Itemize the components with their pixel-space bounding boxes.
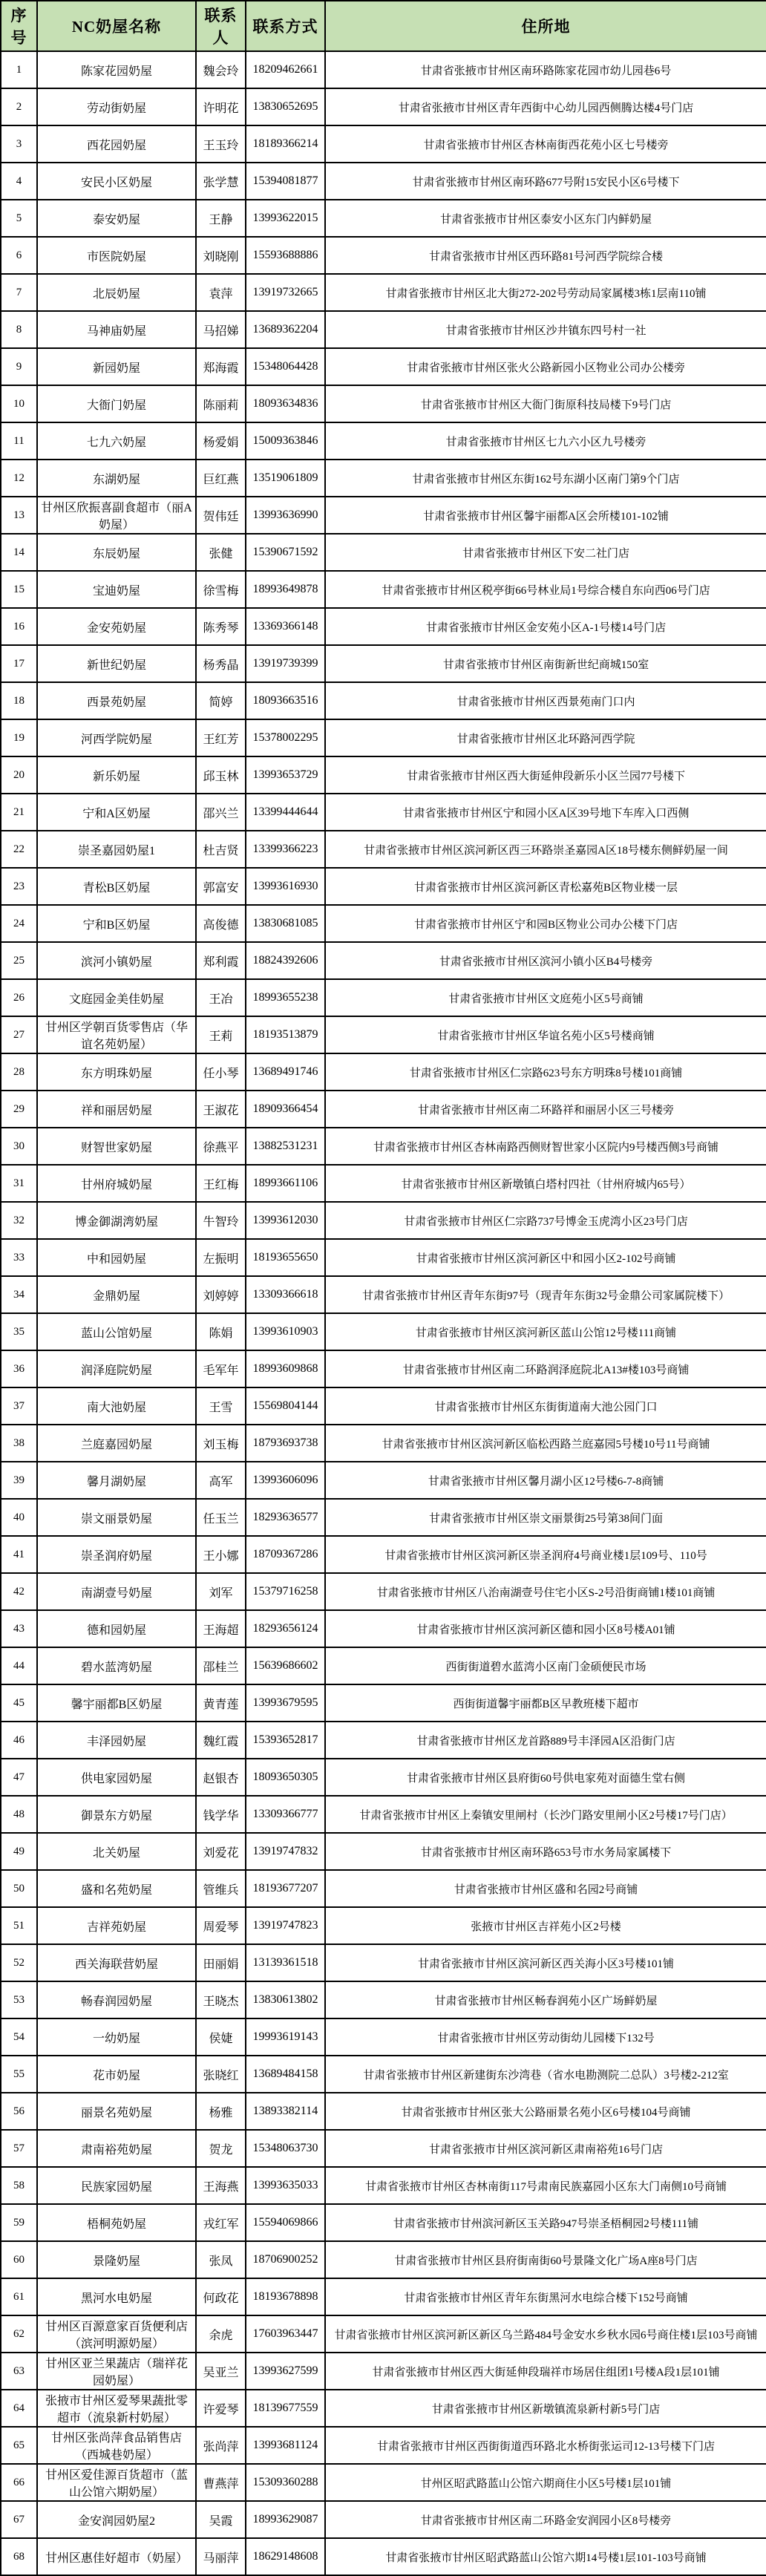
cell-phone: 18193678898 — [246, 2278, 325, 2315]
table-row: 43德和园奶屋王海超18293656124甘肃省张掖市甘州区滨河新区德和园小区8… — [1, 1610, 766, 1647]
cell-serial: 6 — [1, 237, 37, 274]
cell-contact: 许爱琴 — [196, 2390, 246, 2427]
cell-name: 南湖壹号奶屋 — [37, 1573, 196, 1610]
cell-phone: 15009363846 — [246, 422, 325, 460]
cell-phone: 18293636577 — [246, 1499, 325, 1536]
cell-address: 甘肃省张掖市甘州区仁宗路623号东方明珠8号楼101商铺 — [325, 1053, 766, 1091]
cell-phone: 15593688886 — [246, 237, 325, 274]
cell-name: 马神庙奶屋 — [37, 311, 196, 348]
cell-address: 甘肃省张掖市甘州区西环路81号河西学院综合楼 — [325, 237, 766, 274]
table-row: 9新园奶屋郑海霞15348064428甘肃省张掖市甘州区张火公路新园小区物业公司… — [1, 348, 766, 385]
cell-address: 甘肃省张掖市甘州区大衙门街原科技局楼下9号门店 — [325, 385, 766, 422]
table-row: 54一幼奶屋侯婕19993619143甘肃省张掖市甘州区劳动街幼儿园楼下132号 — [1, 2018, 766, 2056]
cell-address: 甘肃省张掖市甘州区青年西街中心幼儿园西侧腾达楼4号门店 — [325, 88, 766, 125]
table-body: 1陈家花园奶屋魏会玲18209462661甘肃省张掖市甘州区南环路陈家花园市幼儿… — [1, 51, 766, 2575]
cell-address: 甘肃省张掖市甘州区张大公路丽景名苑小区6号楼104号商铺 — [325, 2093, 766, 2130]
cell-phone: 13993653729 — [246, 756, 325, 794]
table-row: 14东辰奶屋张健15390671592甘肃省张掖市甘州区下安二社门店 — [1, 534, 766, 571]
cell-name: 东方明珠奶屋 — [37, 1053, 196, 1091]
cell-name: 泰安奶屋 — [37, 200, 196, 237]
cell-address: 甘肃省张掖市甘州区华谊名苑小区5号楼商铺 — [325, 1016, 766, 1053]
cell-serial: 7 — [1, 274, 37, 311]
header-address: 住所地 — [325, 1, 766, 51]
cell-contact: 刘玉梅 — [196, 1425, 246, 1462]
cell-serial: 22 — [1, 831, 37, 868]
cell-address: 甘肃省张掖市甘州区宁和园B区物业公司办公楼下门店 — [325, 905, 766, 942]
cell-address: 甘肃省张掖市甘州区杏林南街西花苑小区七号楼旁 — [325, 125, 766, 163]
cell-address: 甘肃省张掖市甘州区南二环路祥和丽居小区三号楼旁 — [325, 1091, 766, 1128]
cell-name: 肃南裕苑奶屋 — [37, 2130, 196, 2167]
cell-serial: 36 — [1, 1350, 37, 1387]
cell-phone: 13993679595 — [246, 1684, 325, 1722]
cell-serial: 21 — [1, 794, 37, 831]
cell-contact: 赵银杏 — [196, 1759, 246, 1796]
cell-address: 甘肃省张掖市甘州区畅春润苑小区广场鲜奶屋 — [325, 1981, 766, 2018]
table-row: 11七九六奶屋杨爱娟15009363846甘肃省张掖市甘州区七九六小区九号楼旁 — [1, 422, 766, 460]
cell-address: 甘肃省张掖市甘州区沙井镇东四号村一社 — [325, 311, 766, 348]
cell-serial: 62 — [1, 2315, 37, 2353]
header-name: NC奶屋名称 — [37, 1, 196, 51]
cell-address: 甘肃省张掖市甘州区滨河新区西三环路崇圣嘉园A区18号楼东侧鲜奶屋一间 — [325, 831, 766, 868]
cell-name: 甘州区亚兰果蔬店（瑞祥花园奶屋） — [37, 2353, 196, 2390]
cell-phone: 13139361518 — [246, 1944, 325, 1981]
cell-phone: 13919739399 — [246, 645, 325, 682]
cell-serial: 23 — [1, 868, 37, 905]
cell-name: 花市奶屋 — [37, 2056, 196, 2093]
cell-contact: 钱学华 — [196, 1796, 246, 1833]
cell-name: 宁和B区奶屋 — [37, 905, 196, 942]
cell-name: 中和园奶屋 — [37, 1239, 196, 1276]
cell-contact: 王红芳 — [196, 719, 246, 756]
table-row: 59梧桐苑奶屋戎红军15594069866甘肃省张掖市甘州滨河新区玉关路947号… — [1, 2204, 766, 2241]
cell-contact: 毛军年 — [196, 1350, 246, 1387]
cell-contact: 侯婕 — [196, 2018, 246, 2056]
cell-serial: 54 — [1, 2018, 37, 2056]
cell-address: 甘肃省张掖市甘州区新墩镇白塔村四社（甘州府城内65号） — [325, 1165, 766, 1202]
cell-serial: 66 — [1, 2464, 37, 2501]
cell-contact: 张晓红 — [196, 2056, 246, 2093]
table-row: 65甘州区张尚萍食品销售店（西城巷奶屋）张尚萍13993681124甘肃省张掖市… — [1, 2427, 766, 2464]
cell-name: 吉祥苑奶屋 — [37, 1907, 196, 1944]
table-row: 53畅春润园奶屋王晓杰13830613802甘肃省张掖市甘州区畅春润苑小区广场鲜… — [1, 1981, 766, 2018]
cell-serial: 53 — [1, 1981, 37, 2018]
cell-serial: 12 — [1, 460, 37, 497]
table-row: 67金安润园奶屋2吴霞18993629087甘肃省张掖市甘州区南二环路金安润园小… — [1, 2501, 766, 2538]
cell-contact: 吴亚兰 — [196, 2353, 246, 2390]
cell-address: 甘肃省张掖市甘州区县府街南街60号景隆文化广场A座8号门店 — [325, 2241, 766, 2278]
cell-address: 甘肃省张掖市甘州区青年东街黑河水电综合楼下152号商铺 — [325, 2278, 766, 2315]
cell-address: 甘肃省张掖市甘州区滨河新区崇圣润府4号商业楼1层109号、110号 — [325, 1536, 766, 1573]
table-row: 20新乐奶屋邱玉林13993653729甘肃省张掖市甘州区西大街延伸段新乐小区兰… — [1, 756, 766, 794]
cell-serial: 44 — [1, 1647, 37, 1684]
table-row: 52西关海联营奶屋田丽娟13139361518甘肃省张掖市甘州区滨河新区西关海小… — [1, 1944, 766, 1981]
table-row: 1陈家花园奶屋魏会玲18209462661甘肃省张掖市甘州区南环路陈家花园市幼儿… — [1, 51, 766, 88]
cell-phone: 15639686602 — [246, 1647, 325, 1684]
cell-serial: 19 — [1, 719, 37, 756]
cell-serial: 1 — [1, 51, 37, 88]
cell-contact: 曹燕萍 — [196, 2464, 246, 2501]
cell-address: 甘肃省张掖市甘州区仁宗路737号博金玉虎湾小区23号门店 — [325, 1202, 766, 1239]
cell-contact: 贺伟廷 — [196, 497, 246, 534]
cell-name: 金安润园奶屋2 — [37, 2501, 196, 2538]
cell-serial: 63 — [1, 2353, 37, 2390]
cell-phone: 13919747832 — [246, 1833, 325, 1870]
cell-address: 甘肃省张掖市甘州区八治南湖壹号住宅小区S-2号沿街商铺1楼101商铺 — [325, 1573, 766, 1610]
cell-contact: 郑海霞 — [196, 348, 246, 385]
cell-phone: 18193655650 — [246, 1239, 325, 1276]
table-row: 27甘州区学朝百货零售店（华谊名苑奶屋）王莉18193513879甘肃省张掖市甘… — [1, 1016, 766, 1053]
cell-serial: 38 — [1, 1425, 37, 1462]
cell-name: 崇圣润府奶屋 — [37, 1536, 196, 1573]
cell-address: 甘肃省张掖市甘州区青年东街97号（现青年东街32号金鼎公司家属院楼下） — [325, 1276, 766, 1313]
cell-name: 甘州区爱佳源百货超市（蓝山公馆六期奶屋） — [37, 2464, 196, 2501]
table-row: 48御景东方奶屋钱学华13309366777甘肃省张掖市甘州区上秦镇安里闸村（长… — [1, 1796, 766, 1833]
cell-serial: 28 — [1, 1053, 37, 1091]
cell-address: 甘肃省张掖市甘州区杏林南街117号肃南民族嘉园小区东大门南侧10号商铺 — [325, 2167, 766, 2204]
table-row: 24宁和B区奶屋高俊德13830681085甘肃省张掖市甘州区宁和园B区物业公司… — [1, 905, 766, 942]
table-row: 46丰泽园奶屋魏红霞15393652817甘肃省张掖市甘州区龙首路889号丰泽园… — [1, 1722, 766, 1759]
cell-phone: 15594069866 — [246, 2204, 325, 2241]
cell-contact: 马丽萍 — [196, 2538, 246, 2575]
cell-name: 甘州区学朝百货零售店（华谊名苑奶屋） — [37, 1016, 196, 1053]
cell-contact: 郑利霞 — [196, 942, 246, 979]
table-row: 12东湖奶屋巨红燕13519061809甘肃省张掖市甘州区东街162号东湖小区南… — [1, 460, 766, 497]
table-row: 37南大池奶屋王雪15569804144甘肃省张掖市甘州区东街街道南大池公园门口 — [1, 1387, 766, 1425]
cell-contact: 王玉玲 — [196, 125, 246, 163]
cell-contact: 刘婷婷 — [196, 1276, 246, 1313]
cell-address: 甘肃省张掖市甘州区新墩镇流泉新村新5号门店 — [325, 2390, 766, 2427]
cell-serial: 55 — [1, 2056, 37, 2093]
table-row: 58民族家园奶屋王海燕13993635033甘肃省张掖市甘州区杏林南街117号肃… — [1, 2167, 766, 2204]
table-row: 36润泽庭院奶屋毛军年18993609868甘肃省张掖市甘州区南二环路润泽庭院北… — [1, 1350, 766, 1387]
table-row: 32博金御湖湾奶屋牛智玲13993612030甘肃省张掖市甘州区仁宗路737号博… — [1, 1202, 766, 1239]
cell-phone: 18293656124 — [246, 1610, 325, 1647]
cell-name: 丰泽园奶屋 — [37, 1722, 196, 1759]
cell-name: 宁和A区奶屋 — [37, 794, 196, 831]
cell-address: 甘肃省张掖市甘州区崇文丽景街25号第38间门面 — [325, 1499, 766, 1536]
cell-name: 德和园奶屋 — [37, 1610, 196, 1647]
cell-contact: 牛智玲 — [196, 1202, 246, 1239]
cell-serial: 24 — [1, 905, 37, 942]
cell-phone: 13919732665 — [246, 274, 325, 311]
cell-phone: 15348064428 — [246, 348, 325, 385]
cell-serial: 5 — [1, 200, 37, 237]
cell-contact: 王晓杰 — [196, 1981, 246, 2018]
cell-address: 甘肃省张掖市甘州区张火公路新园小区物业公司办公楼旁 — [325, 348, 766, 385]
cell-serial: 18 — [1, 682, 37, 719]
cell-address: 甘肃省张掖市甘州区西景苑南门口内 — [325, 682, 766, 719]
table-header: 序号 NC奶屋名称 联系人 联系方式 住所地 — [1, 1, 766, 51]
cell-address: 甘肃省张掖市甘州区南环路677号附15安民小区6号楼下 — [325, 163, 766, 200]
cell-serial: 48 — [1, 1796, 37, 1833]
cell-address: 甘肃省张掖市甘州区南二环路金安润园小区8号楼旁 — [325, 2501, 766, 2538]
table-row: 31甘州府城奶屋王红梅18993661106甘肃省张掖市甘州区新墩镇白塔村四社（… — [1, 1165, 766, 1202]
cell-phone: 13309366777 — [246, 1796, 325, 1833]
cell-name: 甘州府城奶屋 — [37, 1165, 196, 1202]
cell-contact: 田丽娟 — [196, 1944, 246, 1981]
cell-contact: 余虎 — [196, 2315, 246, 2353]
cell-contact: 黄青莲 — [196, 1684, 246, 1722]
cell-phone: 15379716258 — [246, 1573, 325, 1610]
cell-address: 甘肃省张掖市甘州区滨河新区新区乌兰路484号金安水乡秋水园6号商住楼1层103号… — [325, 2315, 766, 2353]
cell-name: 润泽庭院奶屋 — [37, 1350, 196, 1387]
cell-contact: 吴霞 — [196, 2501, 246, 2538]
table-row: 47供电家园奶屋赵银杏18093650305甘肃省张掖市甘州区县府街60号供电家… — [1, 1759, 766, 1796]
cell-address: 甘州区昭武路蓝山公馆六期商住小区5号楼1层101铺 — [325, 2464, 766, 2501]
cell-phone: 15390671592 — [246, 534, 325, 571]
cell-phone: 13993622015 — [246, 200, 325, 237]
cell-name: 新世纪奶屋 — [37, 645, 196, 682]
cell-serial: 40 — [1, 1499, 37, 1536]
cell-address: 甘肃省张掖市甘州区滨河新区肃南裕苑16号门店 — [325, 2130, 766, 2167]
cell-serial: 68 — [1, 2538, 37, 2575]
cell-address: 西街街道馨宇丽都B区早教班楼下超市 — [325, 1684, 766, 1722]
cell-name: 财智世家奶屋 — [37, 1128, 196, 1165]
table-row: 6市医院奶屋刘晓刚15593688886甘肃省张掖市甘州区西环路81号河西学院综… — [1, 237, 766, 274]
cell-name: 劳动街奶屋 — [37, 88, 196, 125]
cell-name: 市医院奶屋 — [37, 237, 196, 274]
table-row: 34金鼎奶屋刘婷婷13309366618甘肃省张掖市甘州区青年东街97号（现青年… — [1, 1276, 766, 1313]
cell-address: 甘肃省张掖市甘州区文庭苑小区5号商铺 — [325, 979, 766, 1016]
cell-phone: 13993636990 — [246, 497, 325, 534]
cell-contact: 贺龙 — [196, 2130, 246, 2167]
cell-contact: 陈娟 — [196, 1313, 246, 1350]
cell-serial: 51 — [1, 1907, 37, 1944]
table-row: 45馨宇丽都B区奶屋黄青莲13993679595西街街道馨宇丽都B区早教班楼下超… — [1, 1684, 766, 1722]
cell-name: 南大池奶屋 — [37, 1387, 196, 1425]
table-row: 7北辰奶屋袁萍13919732665甘肃省张掖市甘州区北大街272-202号劳动… — [1, 274, 766, 311]
cell-name: 北关奶屋 — [37, 1833, 196, 1870]
cell-address: 甘肃省张掖市甘州区滨河小镇小区B4号楼旁 — [325, 942, 766, 979]
cell-serial: 26 — [1, 979, 37, 1016]
cell-name: 御景东方奶屋 — [37, 1796, 196, 1833]
cell-serial: 43 — [1, 1610, 37, 1647]
cell-address: 甘肃省张掖市甘州区龙首路889号丰泽园A区沿街门店 — [325, 1722, 766, 1759]
cell-serial: 30 — [1, 1128, 37, 1165]
cell-name: 崇圣嘉园奶屋1 — [37, 831, 196, 868]
cell-contact: 王静 — [196, 200, 246, 237]
cell-address: 甘肃省张掖市甘州区西大街延伸段瑞祥市场居住组团1号楼A段1层101铺 — [325, 2353, 766, 2390]
cell-contact: 杜吉贤 — [196, 831, 246, 868]
cell-name: 大衙门奶屋 — [37, 385, 196, 422]
cell-serial: 14 — [1, 534, 37, 571]
cell-phone: 15569804144 — [246, 1387, 325, 1425]
cell-name: 东湖奶屋 — [37, 460, 196, 497]
cell-name: 畅春润园奶屋 — [37, 1981, 196, 2018]
cell-address: 甘肃省张掖市甘州区东街162号东湖小区南门第9个门店 — [325, 460, 766, 497]
cell-name: 宝迪奶屋 — [37, 571, 196, 608]
cell-contact: 刘军 — [196, 1573, 246, 1610]
table-row: 66甘州区爱佳源百货超市（蓝山公馆六期奶屋）曹燕萍15309360288甘州区昭… — [1, 2464, 766, 2501]
cell-contact: 王雪 — [196, 1387, 246, 1425]
table-row: 50盛和名苑奶屋管维兵18193677207甘肃省张掖市甘州区盛和名园2号商铺 — [1, 1870, 766, 1907]
cell-serial: 2 — [1, 88, 37, 125]
cell-address: 甘肃省张掖市甘州区下安二社门店 — [325, 534, 766, 571]
cell-phone: 18093650305 — [246, 1759, 325, 1796]
table-row: 29祥和丽居奶屋王淑花18909366454甘肃省张掖市甘州区南二环路祥和丽居小… — [1, 1091, 766, 1128]
cell-contact: 张健 — [196, 534, 246, 571]
table-row: 64张掖市甘州区爱琴果蔬批零超市（流泉新村奶屋）许爱琴18139677559甘肃… — [1, 2390, 766, 2427]
cell-serial: 49 — [1, 1833, 37, 1870]
cell-phone: 19993619143 — [246, 2018, 325, 2056]
cell-serial: 13 — [1, 497, 37, 534]
cell-serial: 11 — [1, 422, 37, 460]
cell-serial: 60 — [1, 2241, 37, 2278]
cell-contact: 许明花 — [196, 88, 246, 125]
cell-address: 甘肃省张掖市甘州区滨河新区德和园小区8号楼A01铺 — [325, 1610, 766, 1647]
cell-name: 黑河水电奶屋 — [37, 2278, 196, 2315]
cell-address: 甘肃省张掖市甘州区西大街延伸段新乐小区兰园77号楼下 — [325, 756, 766, 794]
cell-phone: 13519061809 — [246, 460, 325, 497]
cell-name: 甘州区惠佳好超市（奶屋） — [37, 2538, 196, 2575]
cell-serial: 34 — [1, 1276, 37, 1313]
table-row: 30财智世家奶屋徐燕平13882531231甘肃省张掖市甘州区杏林南路西侧财智世… — [1, 1128, 766, 1165]
table-row: 38兰庭嘉园奶屋刘玉梅18793693738甘肃省张掖市甘州区滨河新区临松西路兰… — [1, 1425, 766, 1462]
cell-name: 金鼎奶屋 — [37, 1276, 196, 1313]
cell-phone: 13993681124 — [246, 2427, 325, 2464]
cell-contact: 高军 — [196, 1462, 246, 1499]
cell-phone: 18993661106 — [246, 1165, 325, 1202]
cell-address: 甘肃省张掖市甘州区滨河新区西关海小区3号楼101铺 — [325, 1944, 766, 1981]
cell-serial: 37 — [1, 1387, 37, 1425]
cell-name: 景隆奶屋 — [37, 2241, 196, 2278]
cell-name: 丽景名苑奶屋 — [37, 2093, 196, 2130]
cell-phone: 18139677559 — [246, 2390, 325, 2427]
cell-address: 张掖市甘州区吉祥苑小区2号楼 — [325, 1907, 766, 1944]
cell-phone: 13993610903 — [246, 1313, 325, 1350]
cell-name: 张掖市甘州区爱琴果蔬批零超市（流泉新村奶屋） — [37, 2390, 196, 2427]
cell-serial: 52 — [1, 1944, 37, 1981]
table-row: 17新世纪奶屋杨秀晶13919739399甘肃省张掖市甘州区南街新世纪商城150… — [1, 645, 766, 682]
cell-name: 民族家园奶屋 — [37, 2167, 196, 2204]
cell-name: 祥和丽居奶屋 — [37, 1091, 196, 1128]
cell-name: 供电家园奶屋 — [37, 1759, 196, 1796]
cell-address: 甘肃省张掖市甘州区劳动街幼儿园楼下132号 — [325, 2018, 766, 2056]
table-row: 26文庭园金美佳奶屋王冶18993655238甘肃省张掖市甘州区文庭苑小区5号商… — [1, 979, 766, 1016]
cell-address: 甘肃省张掖市甘州区南环路653号市水务局家属楼下 — [325, 1833, 766, 1870]
cell-phone: 13399366223 — [246, 831, 325, 868]
table-row: 18西景苑奶屋简婷18093663516甘肃省张掖市甘州区西景苑南门口内 — [1, 682, 766, 719]
cell-phone: 13993616930 — [246, 868, 325, 905]
table-row: 57肃南裕苑奶屋贺龙15348063730甘肃省张掖市甘州区滨河新区肃南裕苑16… — [1, 2130, 766, 2167]
cell-contact: 邵兴兰 — [196, 794, 246, 831]
table-row: 35蓝山公馆奶屋陈娟13993610903甘肃省张掖市甘州区滨河新区蓝山公馆12… — [1, 1313, 766, 1350]
cell-address: 甘肃省张掖市甘州区南街新世纪商城150室 — [325, 645, 766, 682]
cell-contact: 魏会玲 — [196, 51, 246, 88]
cell-serial: 65 — [1, 2427, 37, 2464]
cell-phone: 13689484158 — [246, 2056, 325, 2093]
cell-name: 盛和名苑奶屋 — [37, 1870, 196, 1907]
cell-serial: 17 — [1, 645, 37, 682]
cell-serial: 27 — [1, 1016, 37, 1053]
cell-phone: 18993649878 — [246, 571, 325, 608]
table-row: 4安民小区奶屋张学慧15394081877甘肃省张掖市甘州区南环路677号附15… — [1, 163, 766, 200]
table-row: 28东方明珠奶屋任小琴13689491746甘肃省张掖市甘州区仁宗路623号东方… — [1, 1053, 766, 1091]
cell-address: 甘肃省张掖市甘州滨河新区玉关路947号崇圣梧桐园2号楼111铺 — [325, 2204, 766, 2241]
cell-serial: 35 — [1, 1313, 37, 1350]
cell-address: 甘肃省张掖市甘州区泰安小区东门内鲜奶屋 — [325, 200, 766, 237]
header-serial: 序号 — [1, 1, 37, 51]
cell-phone: 13882531231 — [246, 1128, 325, 1165]
cell-name: 陈家花园奶屋 — [37, 51, 196, 88]
cell-name: 青松B区奶屋 — [37, 868, 196, 905]
cell-phone: 15348063730 — [246, 2130, 325, 2167]
cell-phone: 13830613802 — [246, 1981, 325, 2018]
cell-address: 甘肃省张掖市甘州区七九六小区九号楼旁 — [325, 422, 766, 460]
cell-phone: 18093634836 — [246, 385, 325, 422]
cell-serial: 16 — [1, 608, 37, 645]
cell-phone: 18706900252 — [246, 2241, 325, 2278]
cell-phone: 13993606096 — [246, 1462, 325, 1499]
cell-name: 蓝山公馆奶屋 — [37, 1313, 196, 1350]
cell-phone: 13993612030 — [246, 1202, 325, 1239]
table-row: 13甘州区欣振喜副食超市（丽A奶屋）贺伟廷13993636990甘肃省张掖市甘州… — [1, 497, 766, 534]
cell-address: 西街街道碧水蓝湾小区南门金硕便民市场 — [325, 1647, 766, 1684]
cell-name: 新园奶屋 — [37, 348, 196, 385]
cell-phone: 18093663516 — [246, 682, 325, 719]
table-row: 10大衙门奶屋陈丽莉18093634836甘肃省张掖市甘州区大衙门街原科技局楼下… — [1, 385, 766, 422]
header-row: 序号 NC奶屋名称 联系人 联系方式 住所地 — [1, 1, 766, 51]
cell-contact: 王淑花 — [196, 1091, 246, 1128]
cell-name: 西景苑奶屋 — [37, 682, 196, 719]
cell-contact: 张尚萍 — [196, 2427, 246, 2464]
cell-name: 西花园奶屋 — [37, 125, 196, 163]
table-row: 25滨河小镇奶屋郑利霞18824392606甘肃省张掖市甘州区滨河小镇小区B4号… — [1, 942, 766, 979]
table-row: 15宝迪奶屋徐雪梅18993649878甘肃省张掖市甘州区税亭街66号林业局1号… — [1, 571, 766, 608]
table-row: 23青松B区奶屋郭富安13993616930甘肃省张掖市甘州区滨河新区青松嘉苑B… — [1, 868, 766, 905]
cell-phone: 13689491746 — [246, 1053, 325, 1091]
cell-phone: 18993655238 — [246, 979, 325, 1016]
cell-contact: 杨秀晶 — [196, 645, 246, 682]
cell-contact: 马招娣 — [196, 311, 246, 348]
cell-contact: 周爱琴 — [196, 1907, 246, 1944]
cell-serial: 59 — [1, 2204, 37, 2241]
cell-serial: 41 — [1, 1536, 37, 1573]
cell-serial: 47 — [1, 1759, 37, 1796]
table-row: 39馨月湖奶屋高军13993606096甘肃省张掖市甘州区馨月湖小区12号楼6-… — [1, 1462, 766, 1499]
cell-contact: 巨红燕 — [196, 460, 246, 497]
cell-contact: 徐雪梅 — [196, 571, 246, 608]
cell-phone: 15309360288 — [246, 2464, 325, 2501]
cell-contact: 管维兵 — [196, 1870, 246, 1907]
cell-serial: 61 — [1, 2278, 37, 2315]
cell-phone: 18709367286 — [246, 1536, 325, 1573]
cell-serial: 32 — [1, 1202, 37, 1239]
cell-name: 馨月湖奶屋 — [37, 1462, 196, 1499]
cell-phone: 13893382114 — [246, 2093, 325, 2130]
cell-address: 甘肃省张掖市甘州区上秦镇安里闸村（长沙门路安里闸小区2号楼17号门店） — [325, 1796, 766, 1833]
cell-serial: 45 — [1, 1684, 37, 1722]
cell-contact: 张学慧 — [196, 163, 246, 200]
cell-address: 甘肃省张掖市甘州区西街街道西环路北水桥街张运司12-13号楼下门店 — [325, 2427, 766, 2464]
cell-name: 金安苑奶屋 — [37, 608, 196, 645]
cell-address: 甘肃省张掖市甘州区昭武路蓝山公馆六期14号楼1层101-103号商铺 — [325, 2538, 766, 2575]
table-row: 19河西学院奶屋王红芳15378002295甘肃省张掖市甘州区北环路河西学院 — [1, 719, 766, 756]
cell-contact: 郭富安 — [196, 868, 246, 905]
cell-serial: 57 — [1, 2130, 37, 2167]
cell-serial: 58 — [1, 2167, 37, 2204]
cell-contact: 王冶 — [196, 979, 246, 1016]
cell-phone: 15393652817 — [246, 1722, 325, 1759]
cell-phone: 17603963447 — [246, 2315, 325, 2353]
cell-address: 甘肃省张掖市甘州区新建街东沙湾巷（省水电勘测院二总队）3号楼2-212室 — [325, 2056, 766, 2093]
cell-serial: 46 — [1, 1722, 37, 1759]
table-row: 60景隆奶屋张凤18706900252甘肃省张掖市甘州区县府街南街60号景隆文化… — [1, 2241, 766, 2278]
cell-serial: 15 — [1, 571, 37, 608]
cell-serial: 8 — [1, 311, 37, 348]
cell-name: 安民小区奶屋 — [37, 163, 196, 200]
cell-contact: 邵桂兰 — [196, 1647, 246, 1684]
